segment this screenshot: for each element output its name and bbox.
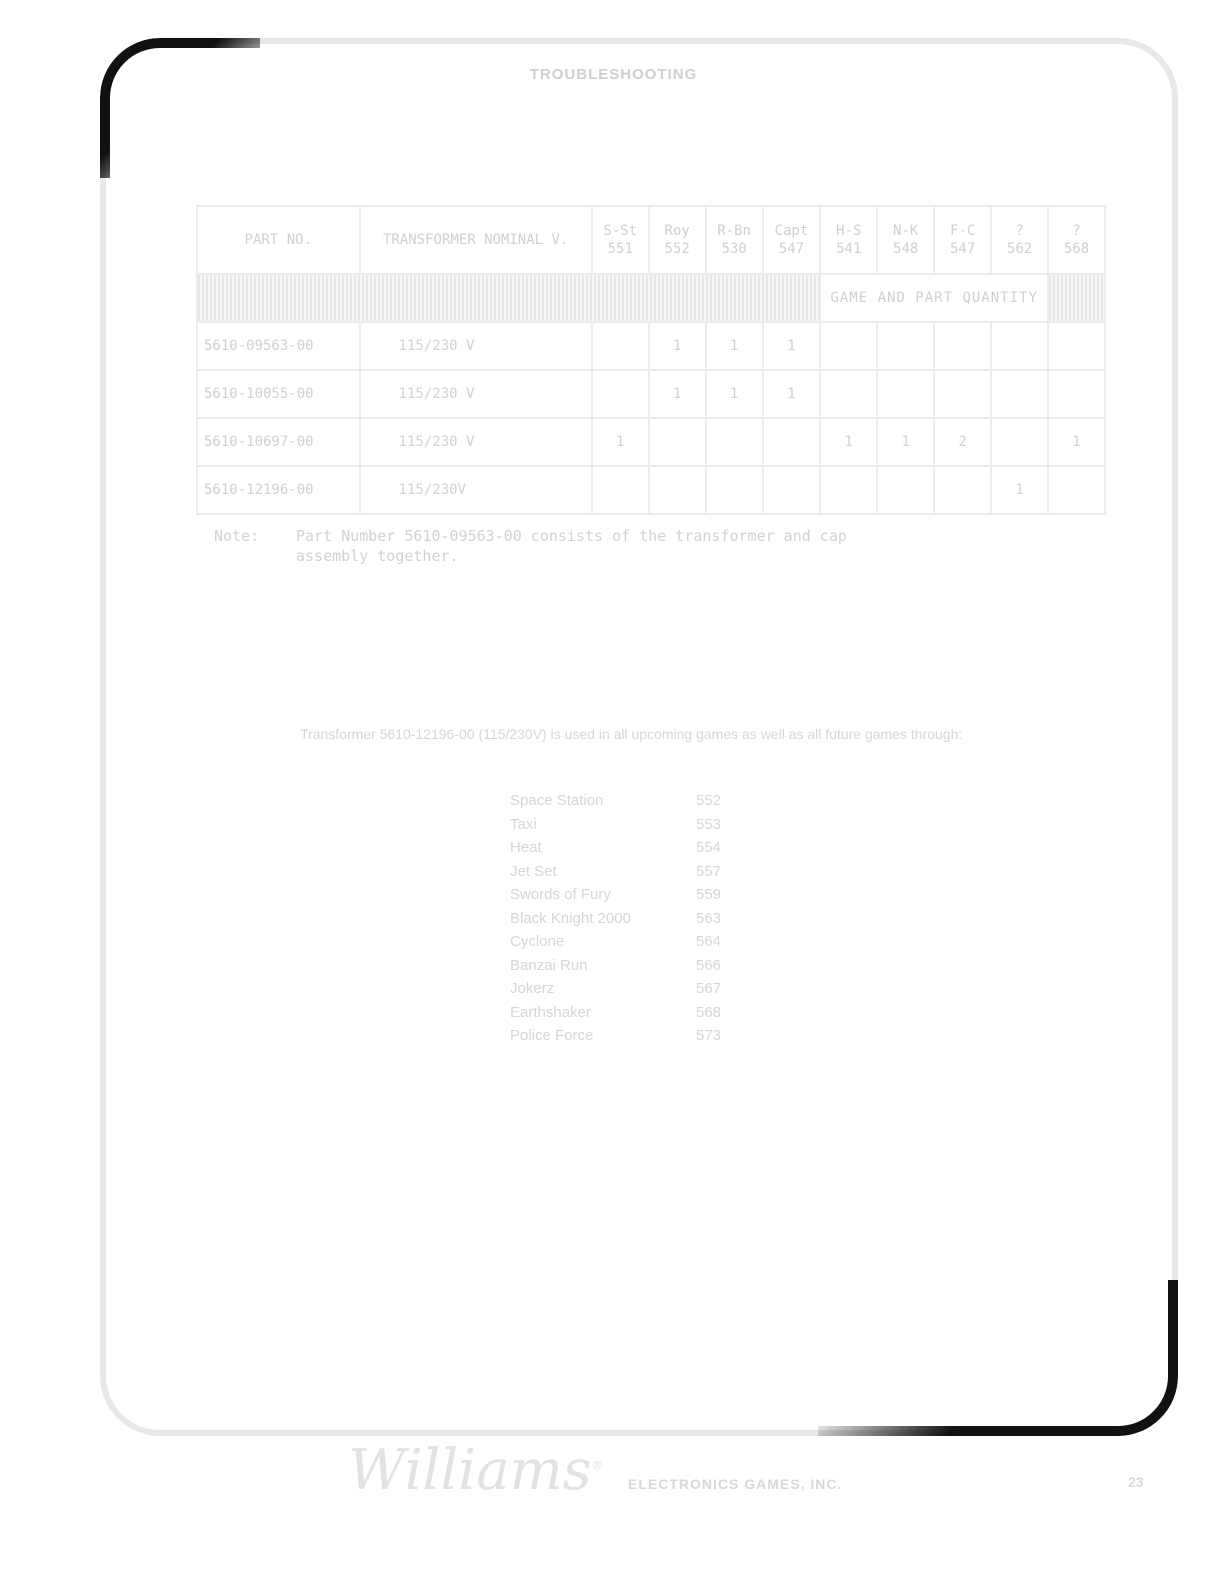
quantity-cell: 1 xyxy=(649,322,706,370)
note-label: Note: xyxy=(214,526,296,546)
part-number-cell: 5610-09563-00 xyxy=(197,322,360,370)
part-number-cell: 5610-10055-00 xyxy=(197,370,360,418)
game-number: 568 xyxy=(696,1004,756,1028)
quantity-cell: 1 xyxy=(706,322,763,370)
quantity-cell xyxy=(934,466,991,514)
quantity-cell: 1 xyxy=(763,322,821,370)
quantity-cell xyxy=(763,418,821,466)
quantity-cell xyxy=(820,370,877,418)
list-item: Banzai Run566 xyxy=(510,957,756,981)
quantity-cell xyxy=(991,370,1048,418)
quantity-cell xyxy=(592,322,649,370)
column-header: Roy552 xyxy=(649,206,706,274)
part-number-cell: 5610-12196-00 xyxy=(197,466,360,514)
quantity-cell: 1 xyxy=(649,370,706,418)
quantity-cell xyxy=(820,466,877,514)
game-number: 559 xyxy=(696,886,756,910)
voltage-cell: 115/230 V xyxy=(360,370,592,418)
quantity-cell xyxy=(1048,466,1105,514)
list-item: Earthshaker568 xyxy=(510,1004,756,1028)
game-number: 553 xyxy=(696,816,756,840)
game-number: 573 xyxy=(696,1027,756,1051)
banner-hatch-left xyxy=(197,274,820,322)
table-row: 5610-10697-00115/230 V11121 xyxy=(197,418,1105,466)
game-name: Swords of Fury xyxy=(510,886,696,910)
quantity-cell xyxy=(820,322,877,370)
quantity-cell xyxy=(592,370,649,418)
company-name: ELECTRONICS GAMES, INC. xyxy=(628,1476,842,1492)
list-item: Police Force573 xyxy=(510,1027,756,1051)
quantity-cell xyxy=(763,466,821,514)
column-header: ?568 xyxy=(1048,206,1105,274)
quantity-cell xyxy=(706,418,763,466)
game-name: Earthshaker xyxy=(510,1004,696,1028)
quantity-cell: 2 xyxy=(934,418,991,466)
column-header: N-K548 xyxy=(877,206,934,274)
table-header-row: PART NO.TRANSFORMER NOMINAL V.S-St551Roy… xyxy=(197,206,1105,274)
list-item: Heat554 xyxy=(510,839,756,863)
quantity-cell: 1 xyxy=(706,370,763,418)
game-name: Black Knight 2000 xyxy=(510,910,696,934)
game-name: Jet Set xyxy=(510,863,696,887)
list-item: Taxi553 xyxy=(510,816,756,840)
table-row: 5610-09563-00115/230 V111 xyxy=(197,322,1105,370)
table-row: 5610-12196-00115/230V1 xyxy=(197,466,1105,514)
quantity-cell: 1 xyxy=(763,370,821,418)
list-item: Swords of Fury559 xyxy=(510,886,756,910)
game-number: 567 xyxy=(696,980,756,1004)
quantity-cell xyxy=(649,418,706,466)
quantity-cell: 1 xyxy=(820,418,877,466)
game-name: Jokerz xyxy=(510,980,696,1004)
column-header: S-St551 xyxy=(592,206,649,274)
voltage-cell: 115/230V xyxy=(360,466,592,514)
page-number: 23 xyxy=(1128,1474,1144,1490)
note-line-2: assembly together. xyxy=(214,546,1034,566)
quantity-cell: 1 xyxy=(592,418,649,466)
note: Note:Part Number 5610-09563-00 consists … xyxy=(214,526,1034,566)
games-list: Space Station552Taxi553Heat554Jet Set557… xyxy=(510,792,756,1051)
column-header: Capt547 xyxy=(763,206,821,274)
game-name: Cyclone xyxy=(510,933,696,957)
page-title: TROUBLESHOOTING xyxy=(0,66,1227,83)
banner-label: GAME AND PART QUANTITY xyxy=(820,274,1048,322)
column-header: TRANSFORMER NOMINAL V. xyxy=(360,206,592,274)
list-item: Space Station552 xyxy=(510,792,756,816)
quantity-cell xyxy=(706,466,763,514)
game-number: 564 xyxy=(696,933,756,957)
list-item: Jokerz567 xyxy=(510,980,756,1004)
quantity-cell: 1 xyxy=(877,418,934,466)
voltage-cell: 115/230 V xyxy=(360,322,592,370)
game-name: Police Force xyxy=(510,1027,696,1051)
list-item: Cyclone564 xyxy=(510,933,756,957)
list-item: Jet Set557 xyxy=(510,863,756,887)
transformer-parts-table: PART NO.TRANSFORMER NOMINAL V.S-St551Roy… xyxy=(196,205,1106,515)
quantity-cell xyxy=(934,370,991,418)
table-row: 5610-10055-00115/230 V111 xyxy=(197,370,1105,418)
game-name: Space Station xyxy=(510,792,696,816)
note-line-1: Part Number 5610-09563-00 consists of th… xyxy=(296,527,847,545)
banner-hatch-right xyxy=(1048,274,1105,322)
quantity-cell xyxy=(877,466,934,514)
part-number-cell: 5610-10697-00 xyxy=(197,418,360,466)
williams-logo: Williams® xyxy=(348,1438,603,1503)
quantity-cell xyxy=(649,466,706,514)
game-name: Taxi xyxy=(510,816,696,840)
quantity-cell xyxy=(1048,370,1105,418)
quantity-cell xyxy=(592,466,649,514)
list-item: Black Knight 2000563 xyxy=(510,910,756,934)
game-number: 563 xyxy=(696,910,756,934)
game-number: 552 xyxy=(696,792,756,816)
column-header: PART NO. xyxy=(197,206,360,274)
quantity-cell xyxy=(877,322,934,370)
page-border-corner-top-left xyxy=(100,38,260,178)
quantity-cell xyxy=(877,370,934,418)
game-number: 554 xyxy=(696,839,756,863)
quantity-cell xyxy=(991,322,1048,370)
game-name: Banzai Run xyxy=(510,957,696,981)
quantity-cell xyxy=(991,418,1048,466)
column-header: F-C547 xyxy=(934,206,991,274)
table-banner-row: GAME AND PART QUANTITY xyxy=(197,274,1105,322)
quantity-cell: 1 xyxy=(1048,418,1105,466)
column-header: ?562 xyxy=(991,206,1048,274)
quantity-cell xyxy=(1048,322,1105,370)
page-border-corner-bottom-right xyxy=(818,1280,1178,1436)
transformer-paragraph: Transformer 5610-12196-00 (115/230V) is … xyxy=(300,724,1050,744)
game-name: Heat xyxy=(510,839,696,863)
quantity-cell xyxy=(934,322,991,370)
game-number: 557 xyxy=(696,863,756,887)
quantity-cell: 1 xyxy=(991,466,1048,514)
column-header: R-Bn530 xyxy=(706,206,763,274)
voltage-cell: 115/230 V xyxy=(360,418,592,466)
column-header: H-S541 xyxy=(820,206,877,274)
game-number: 566 xyxy=(696,957,756,981)
